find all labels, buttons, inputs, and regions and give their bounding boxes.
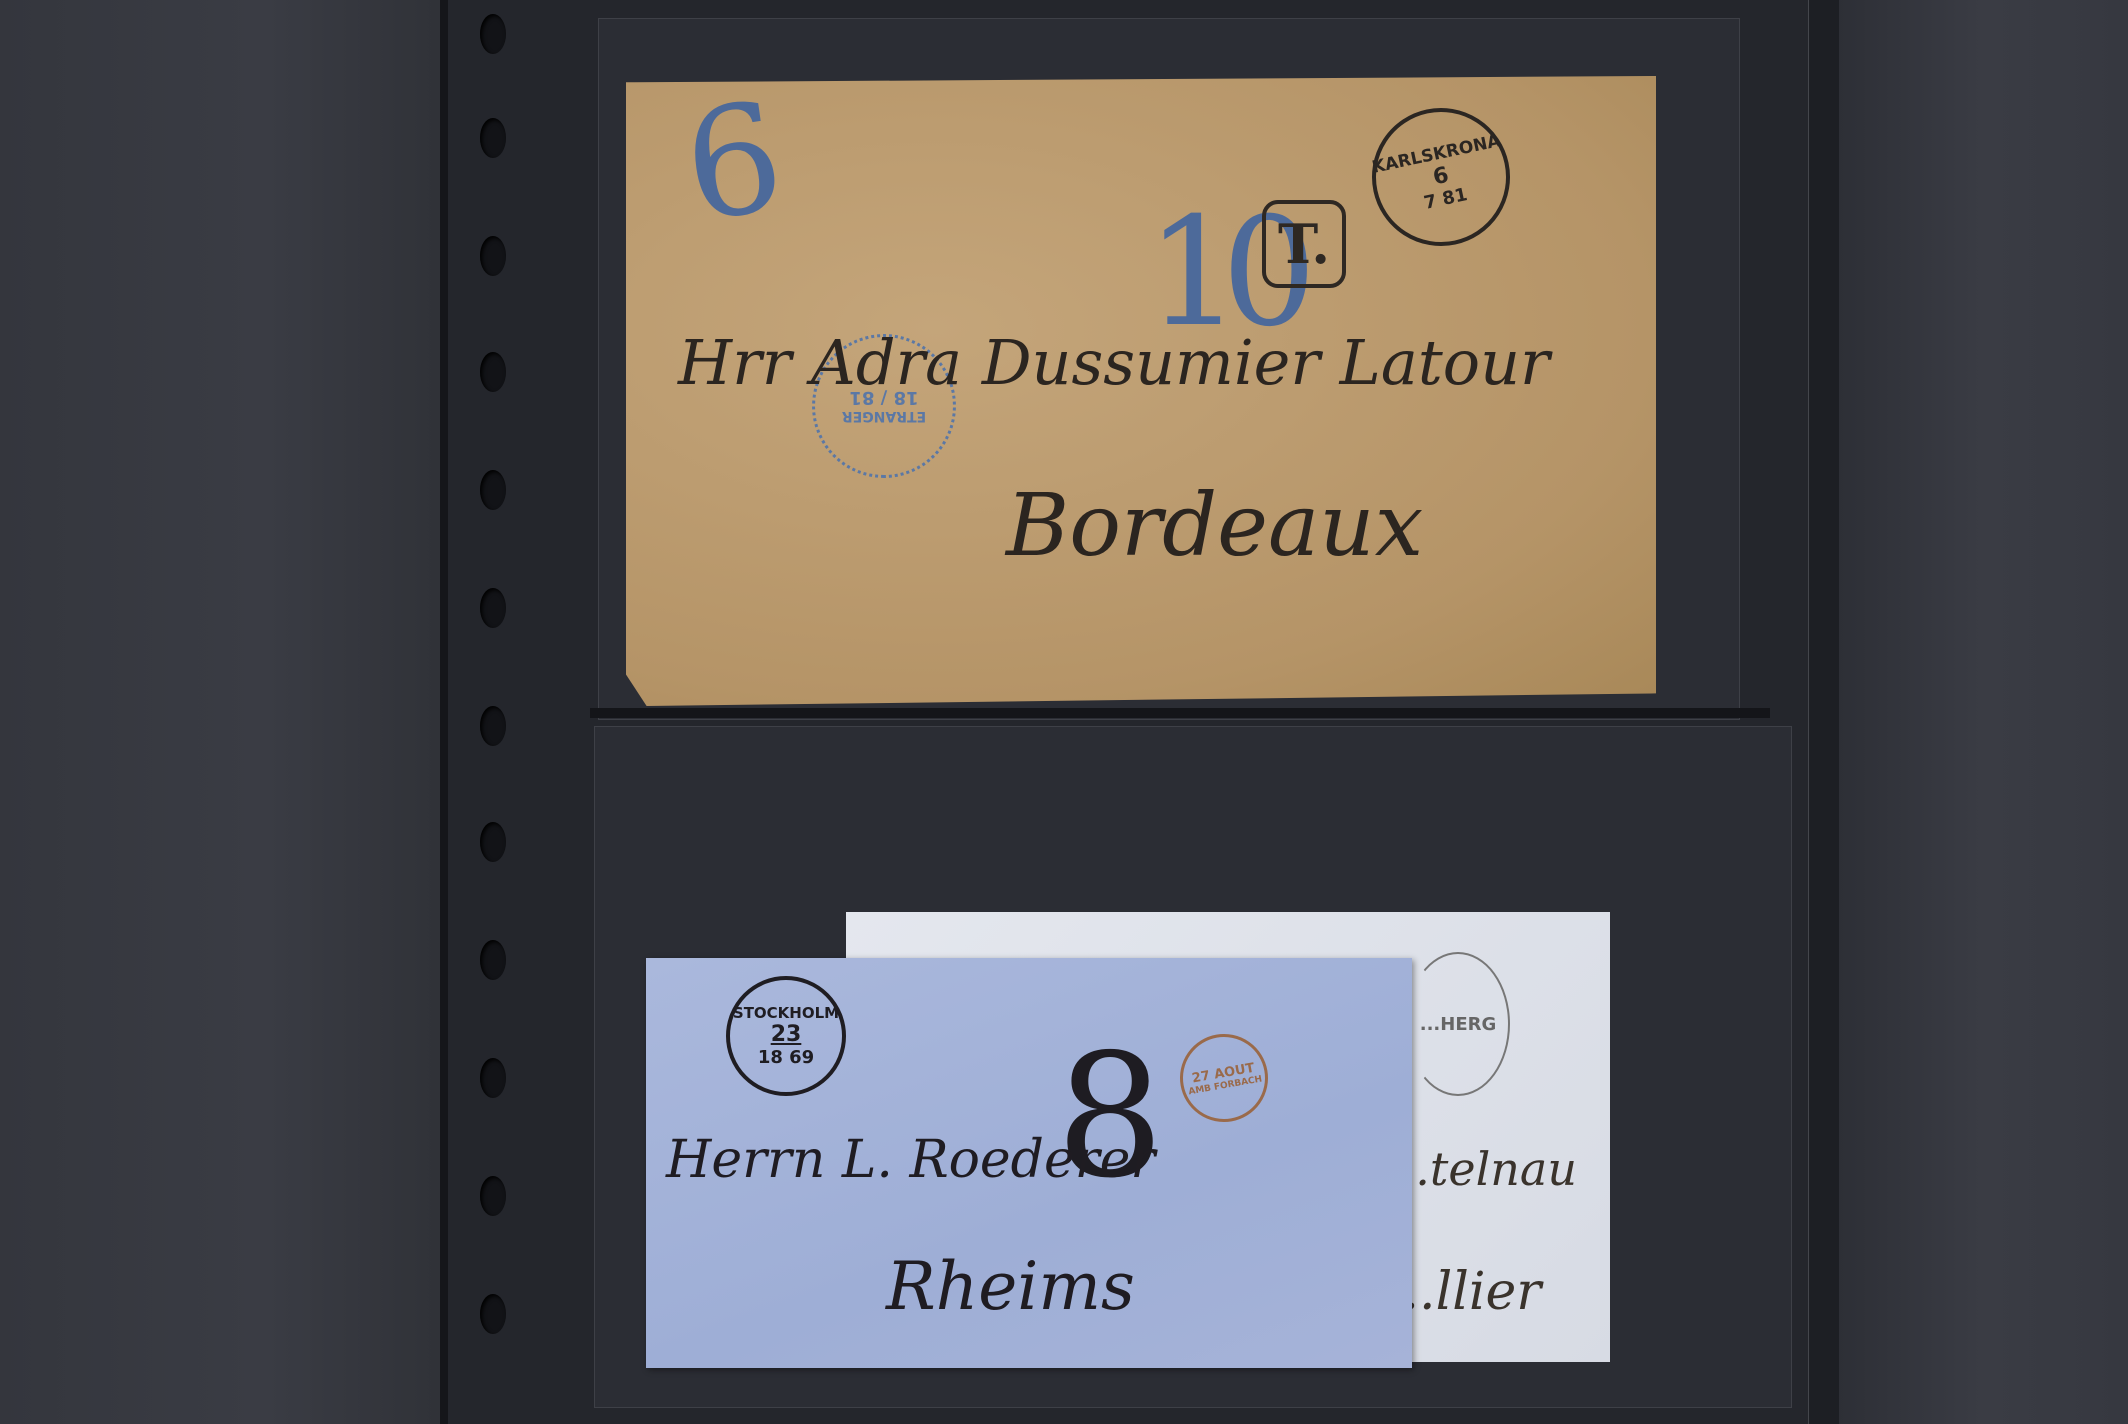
partial-postmark-text: ...HERG	[1420, 1014, 1497, 1035]
postmark-day: 23	[771, 1022, 802, 1047]
kraft-cover: 6 10 T. KARLSKRONA 6 7 81 ETRANGER 18 / …	[626, 76, 1656, 706]
binder-hole	[480, 470, 506, 510]
tax-mark-stamp: T.	[1262, 200, 1346, 288]
binder-hole	[480, 940, 506, 980]
address-line-1: Herrn L. Roederer	[666, 1130, 1155, 1190]
partial-postmark: ...HERG	[1406, 952, 1510, 1096]
binder-hole	[480, 236, 506, 276]
binder-hole	[480, 588, 506, 628]
binder-hole	[480, 352, 506, 392]
binder-hole	[480, 14, 506, 54]
stockholm-postmark: STOCKHOLM 23 18 69	[726, 976, 846, 1096]
back-address-fragment-1: ...telnau	[1386, 1142, 1577, 1196]
binder-hole	[480, 1176, 506, 1216]
address-line-2: Rheims	[886, 1248, 1135, 1325]
background-left	[0, 0, 440, 1424]
blue-cover: STOCKHOLM 23 18 69 8 27 AOUT AMB FORBACH…	[646, 958, 1412, 1368]
postmark-year: 18 69	[758, 1047, 814, 1068]
binder-hole	[480, 706, 506, 746]
background-right	[1838, 0, 2128, 1424]
binder-hole	[480, 1058, 506, 1098]
address-line-1: Hrr Adra Dussumier Latour	[678, 326, 1550, 399]
binder-hole	[480, 822, 506, 862]
strip-divider	[590, 708, 1770, 718]
postmark-date: 7 81	[1422, 184, 1469, 214]
album-page-edge	[440, 0, 448, 1424]
transit-postmark-text: ETRANGER	[842, 409, 926, 425]
karlskrona-postmark: KARLSKRONA 6 7 81	[1359, 95, 1523, 259]
forbach-postmark: 27 AOUT AMB FORBACH	[1173, 1027, 1275, 1129]
binder-hole	[480, 118, 506, 158]
album-page-right-edge	[1808, 0, 1839, 1424]
address-line-2: Bordeaux	[1006, 476, 1423, 576]
postmark-town: STOCKHOLM	[733, 1004, 839, 1022]
postmark-day: 6	[1431, 163, 1451, 191]
blue-pencil-six: 6	[674, 76, 793, 256]
binder-hole	[480, 1294, 506, 1334]
